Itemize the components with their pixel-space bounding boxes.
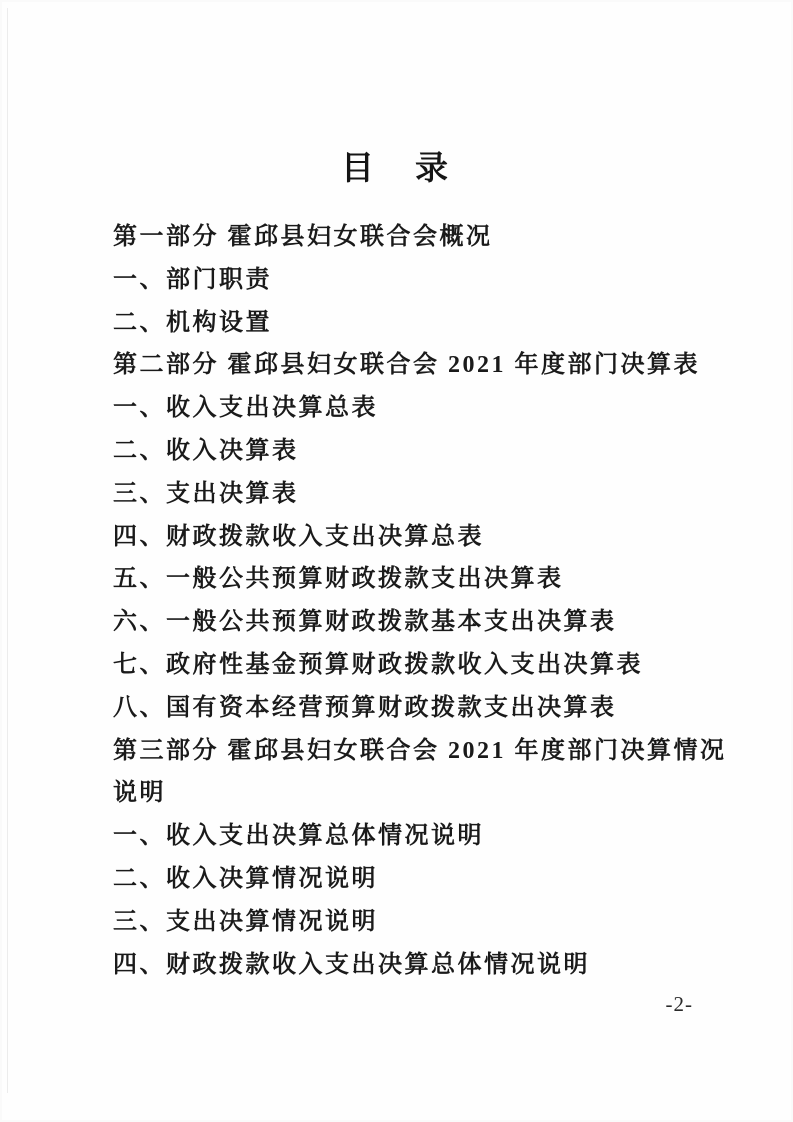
toc-entry: 二、收入决算情况说明 xyxy=(113,858,747,901)
toc-entry: 三、支出决算表 xyxy=(113,473,747,516)
page-title: 目 录 xyxy=(0,142,793,189)
toc-entry: 五、一般公共预算财政拨款支出决算表 xyxy=(113,558,747,601)
toc-entry: 四、财政拨款收入支出决算总体情况说明 xyxy=(113,944,747,987)
toc-entry: 八、国有资本经营预算财政拨款支出决算表 xyxy=(113,687,747,730)
toc-entry: 三、支出决算情况说明 xyxy=(113,901,747,944)
toc-entry: 一、收入支出决算总体情况说明 xyxy=(113,815,747,858)
toc-entry: 第一部分 霍邱县妇女联合会概况 xyxy=(113,216,747,259)
toc-entry: 二、收入决算表 xyxy=(113,430,747,473)
toc-entry: 一、收入支出决算总表 xyxy=(113,387,747,430)
toc-entry: 四、财政拨款收入支出决算总表 xyxy=(113,516,747,559)
toc-entry: 七、政府性基金预算财政拨款收入支出决算表 xyxy=(113,644,747,687)
toc-entry: 一、部门职责 xyxy=(113,259,747,302)
page-number: -2- xyxy=(666,992,694,1017)
document-page: 目 录 第一部分 霍邱县妇女联合会概况 一、部门职责 二、机构设置 第二部分 霍… xyxy=(0,0,793,1122)
table-of-contents: 第一部分 霍邱县妇女联合会概况 一、部门职责 二、机构设置 第二部分 霍邱县妇女… xyxy=(113,216,747,986)
toc-entry: 二、机构设置 xyxy=(113,302,747,345)
toc-entry: 第二部分 霍邱县妇女联合会 2021 年度部门决算表 xyxy=(113,344,747,387)
toc-entry: 第三部分 霍邱县妇女联合会 2021 年度部门决算情况说明 xyxy=(113,730,747,816)
toc-entry: 六、一般公共预算财政拨款基本支出决算表 xyxy=(113,601,747,644)
